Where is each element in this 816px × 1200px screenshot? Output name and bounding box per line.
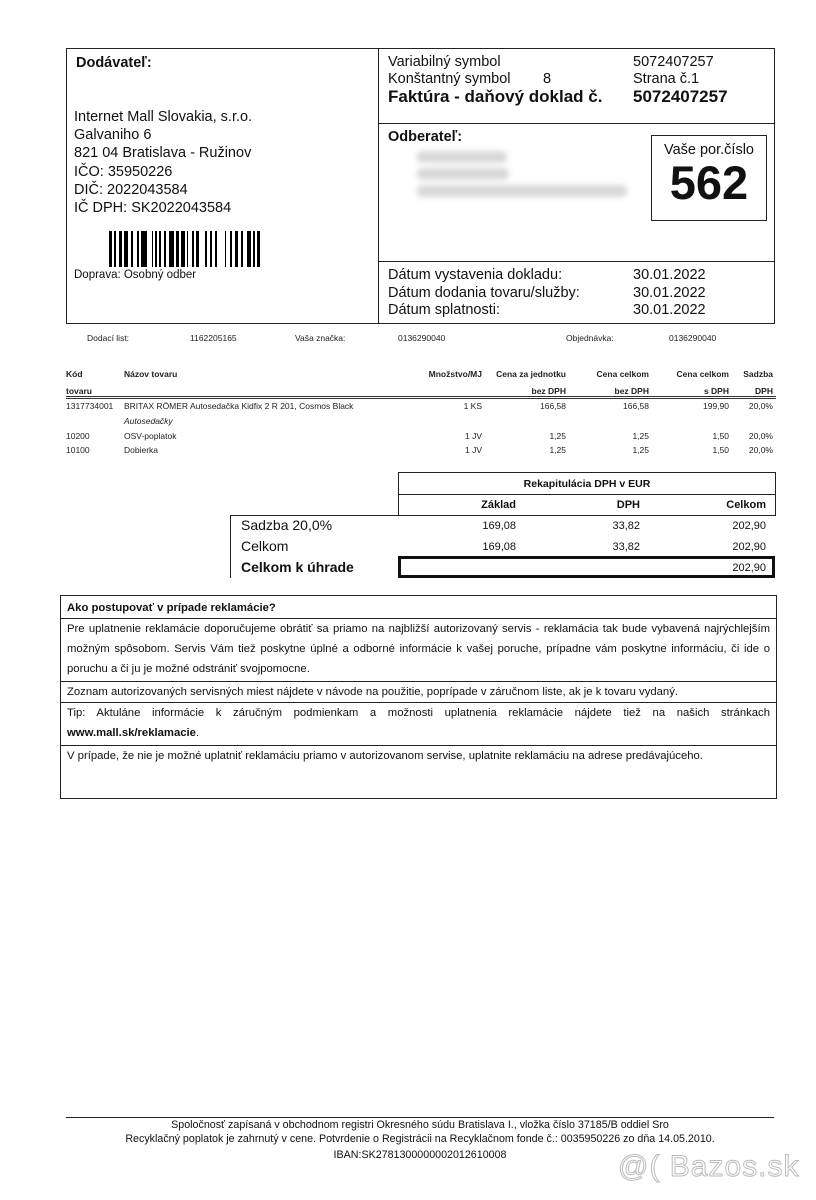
order-number-box: Vaše por.číslo 562 [651,135,767,221]
due-date-value: 30.01.2022 [633,302,706,318]
recap-row-base: 169,08 [420,520,516,532]
delivery-date-value: 30.01.2022 [633,285,706,301]
recap-row-vat: 33,82 [560,541,640,553]
item-qty: 1 JV [400,445,482,455]
supplier-dic: DIČ: 2022043584 [74,181,252,199]
variable-symbol-label: Variabilný symbol [388,54,501,70]
invoice-header-section: Variabilný symbol 5072407257 Konštantný … [378,48,775,324]
variable-symbol-value: 5072407257 [633,54,714,70]
item-qty: 1 JV [400,431,482,441]
supplier-ico: IČO: 35950226 [74,163,252,181]
supplier-section: Dodávateľ: Internet Mall Slovakia, s.r.o… [66,48,379,324]
supplier-street: Galvaniho 6 [74,126,252,144]
customer-title: Odberateľ: [388,129,462,145]
col-qty: Množstvo/MJ [400,369,482,379]
supplier-title: Dodávateľ: [76,55,152,71]
item-code: 1317734001 [66,401,113,411]
due-date-label: Dátum splatnosti: [388,302,500,318]
item-total-excl: 1,25 [570,445,649,455]
recap-row-vat: 33,82 [560,520,640,532]
claims-title: Ako postupovať v prípade reklamácie? [67,598,770,618]
claims-paragraph-3: Tip: Aktuláne informácie k záručným podm… [67,703,770,743]
transport-method: Doprava: Osobný odber [74,269,196,281]
supplier-icdph: IČ DPH: SK2022043584 [74,199,252,217]
item-name: Dobierka [124,445,158,455]
item-code: 10100 [66,445,90,455]
delivery-note-value: 1162205165 [190,333,237,343]
item-category: Autosedačky [124,416,173,426]
item-vat-rate: 20,0% [726,445,773,455]
delivery-date-label: Dátum dodania tovaru/služby: [388,285,580,301]
col-total-excl: Cena celkom [570,369,649,379]
item-vat-rate: 20,0% [726,401,773,411]
item-total-incl: 1,50 [650,445,729,455]
recap-col-vat: DPH [560,499,640,511]
item-unit-price: 1,25 [480,431,566,441]
recap-row-base: 169,08 [420,541,516,553]
issue-date-label: Dátum vystavenia dokladu: [388,267,562,283]
col-vat-rate: Sadzba [726,369,773,379]
item-vat-rate: 20,0% [726,431,773,441]
item-total-incl: 1,50 [650,431,729,441]
col-unit-price-2: bez DPH [480,386,566,396]
your-ref-label: Vaša značka: [295,333,345,343]
claims-paragraph-2: Zoznam autorizovaných servisných miest n… [67,682,770,702]
item-code: 10200 [66,431,90,441]
claims-link[interactable]: www.mall.sk/reklamacie [67,727,196,739]
col-total-incl-2: s DPH [650,386,729,396]
col-unit-price: Cena za jednotku [480,369,566,379]
invoice-number: 5072407257 [633,87,728,107]
footer-registry: Spoločnosť zapísaná v obchodnom registri… [66,1119,774,1131]
item-name: BRITAX RÖMER Autosedačka Kidfix 2 R 201,… [124,401,353,411]
recap-row-label: Celkom [241,538,288,554]
supplier-address: Internet Mall Slovakia, s.r.o. Galvaniho… [74,108,252,217]
recap-row-total: 202,90 [680,541,766,553]
supplier-company: Internet Mall Slovakia, s.r.o. [74,108,252,126]
watermark-logo: @( Bazos.sk [618,1150,800,1184]
col-code-2: tovaru [66,386,92,396]
order-value: 0136290040 [669,333,716,343]
col-code: Kód [66,369,83,379]
footer-recycling: Recyklačný poplatok je zahrnutý v cene. … [66,1133,774,1145]
item-total-excl: 166,58 [570,401,649,411]
col-name: Názov tovaru [124,369,177,379]
item-total-excl: 1,25 [570,431,649,441]
item-unit-price: 1,25 [480,445,566,455]
recap-row-label: Sadzba 20,0% [241,517,332,533]
supplier-city: 821 04 Bratislava - Ružinov [74,144,252,162]
item-unit-price: 166,58 [480,401,566,411]
delivery-note-label: Dodací list: [87,333,129,343]
item-qty: 1 KS [400,401,482,411]
claims-tip-text: Tip: Aktuláne informácie k záručným podm… [67,707,770,719]
page-number: Strana č.1 [633,71,699,87]
order-label: Objednávka: [566,333,614,343]
barcode-icon [109,231,260,267]
to-pay-value: 202,90 [680,562,766,574]
col-total-excl-2: bez DPH [570,386,649,396]
constant-symbol-label: Konštantný symbol [388,71,511,87]
col-total-incl: Cena celkom [650,369,729,379]
footer-rule [66,1117,774,1118]
to-pay-label: Celkom k úhrade [241,559,354,575]
claims-section: Ako postupovať v prípade reklamácie? Pre… [60,595,777,799]
col-vat-rate-2: DPH [726,386,773,396]
table-header-rule [66,396,776,399]
invoice-title: Faktúra - daňový doklad č. [388,87,602,107]
claims-tip-suffix: . [196,727,199,739]
recap-col-base: Základ [420,499,516,511]
item-total-incl: 199,90 [650,401,729,411]
customer-address-redacted [415,149,635,201]
issue-date-value: 30.01.2022 [633,267,706,283]
constant-symbol-value: 8 [543,71,551,87]
recap-col-total: Celkom [680,499,766,511]
item-name: OSV-poplatok [124,431,176,441]
vat-recap-title: Rekapitulácia DPH v EUR [398,478,776,490]
claims-paragraph-1: Pre uplatnenie reklamácie doporučujeme o… [67,619,770,679]
order-number-value: 562 [652,158,766,208]
claims-paragraph-4: V prípade, že nie je možné uplatniť rekl… [67,746,770,766]
recap-row-total: 202,90 [680,520,766,532]
your-ref-value: 0136290040 [398,333,445,343]
